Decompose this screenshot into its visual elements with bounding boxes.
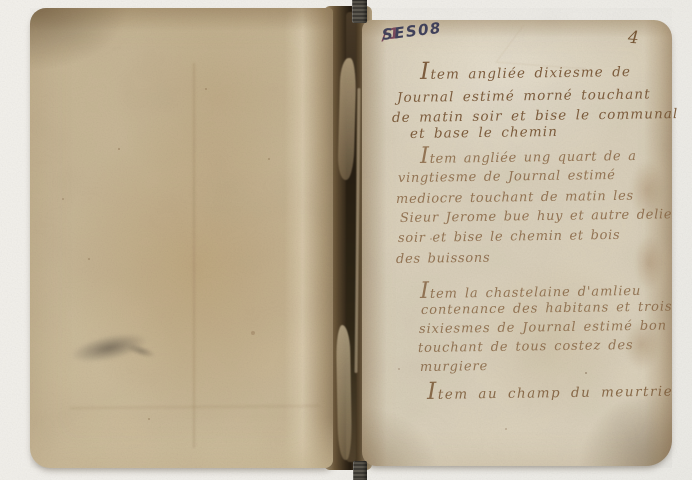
archival-code: SES08/1 [381, 24, 402, 44]
manuscript-line: Item la chastelaine d'amlieu [420, 280, 641, 302]
cradle-strap-top [352, 0, 367, 23]
manuscript-line: murgiere [420, 359, 488, 375]
manuscript-line: vingtiesme de Journal estimé [398, 168, 616, 186]
manuscript-line: de matin soir et bise le communal [392, 106, 679, 126]
cradle-strap-bottom [353, 461, 367, 480]
ink-bleed-mark [634, 235, 664, 290]
paper-specks [0, 0, 2, 2]
page-crease [193, 63, 195, 448]
page-crease [70, 405, 320, 409]
right-page: SES08/1 4 Item angliée dixiesme de Journ… [362, 20, 672, 466]
left-page [30, 8, 333, 468]
torn-page-stub [336, 325, 352, 460]
manuscript-line: des buissons [396, 251, 490, 267]
manuscript-line: Journal estimé morné touchant [397, 86, 651, 106]
archival-code-main: SES08 [381, 19, 443, 44]
manuscript-line: Item angliée dixiesme de [420, 60, 631, 83]
manuscript-line: et base le chemin [410, 124, 558, 142]
manuscript-scan: SES08/1 4 Item angliée dixiesme de Journ… [0, 0, 692, 480]
manuscript-line: contenance des habitans et trois [421, 299, 673, 318]
manuscript-line: touchant de tous costez des [418, 338, 634, 356]
manuscript-line: Item angliée ung quart de a [420, 145, 637, 167]
manuscript-line: mediocre touchant de matin les [396, 189, 634, 207]
manuscript-line: soir et bise le chemin et bois [398, 228, 621, 246]
page-number: 4 [627, 28, 639, 49]
manuscript-line: Item au champ du meurtrie [427, 380, 673, 403]
ink-bleed-mark [630, 160, 664, 220]
ink-bleed-mark [624, 320, 660, 370]
